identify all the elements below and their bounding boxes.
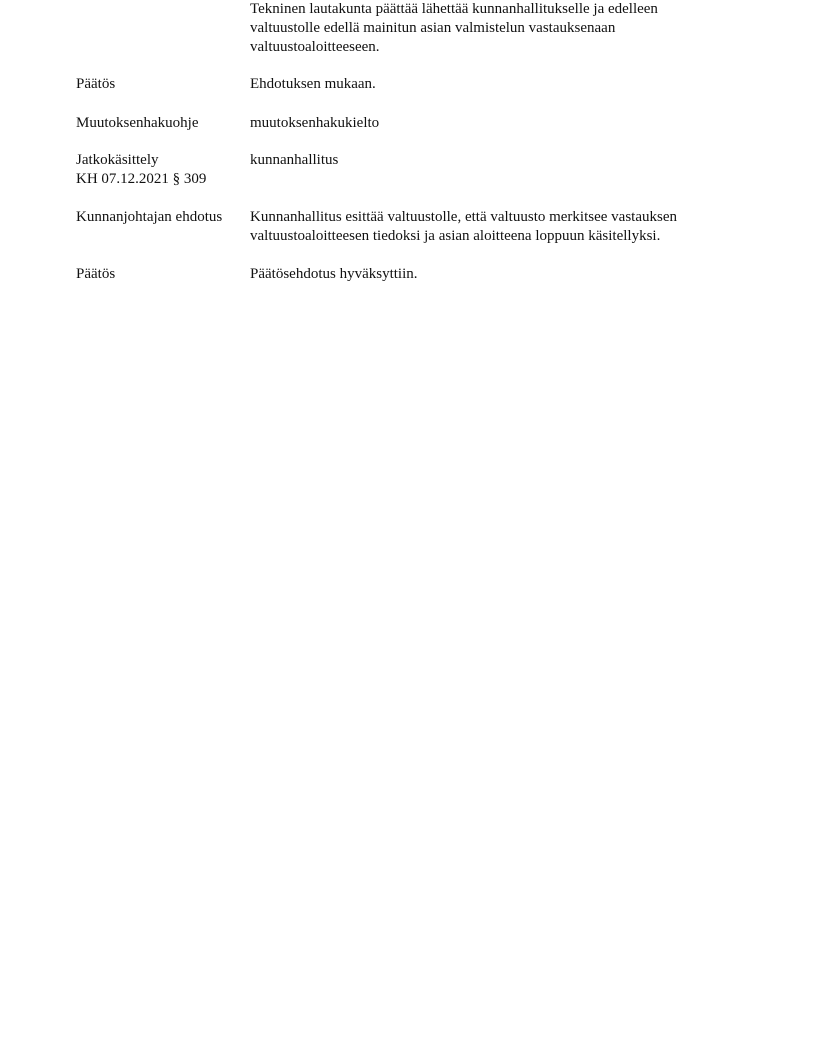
- value-line: Ehdotuksen mukaan.: [250, 75, 736, 94]
- value-line: Päätösehdotus hyväksyttiin.: [250, 265, 736, 284]
- label-line: Päätös: [76, 265, 250, 284]
- row-value: Ehdotuksen mukaan.: [250, 75, 736, 94]
- value-line: muutoksenhakukielto: [250, 114, 736, 133]
- intro-line: valtuustolle edellä mainitun asian valmi…: [250, 19, 730, 38]
- value-line: kunnanhallitus: [250, 151, 736, 170]
- intro-line: Tekninen lautakunta päättää lähettää kun…: [250, 0, 730, 19]
- intro-paragraph: Tekninen lautakunta päättää lähettää kun…: [250, 0, 730, 57]
- row-label: Muutoksenhakuohje: [76, 114, 250, 133]
- row-label: Päätös: [76, 75, 250, 94]
- label-line: Päätös: [76, 75, 250, 94]
- row-label: Jatkokäsittely KH 07.12.2021 § 309: [76, 151, 250, 189]
- label-line: Jatkokäsittely: [76, 151, 250, 170]
- label-line: Kunnanjohtajan ehdotus: [76, 208, 250, 227]
- label-line: KH 07.12.2021 § 309: [76, 170, 250, 189]
- row-label: Kunnanjohtajan ehdotus: [76, 208, 250, 227]
- value-line: valtuustoaloitteesen tiedoksi ja asian a…: [250, 227, 736, 246]
- row-value: muutoksenhakukielto: [250, 114, 736, 133]
- row-value: Päätösehdotus hyväksyttiin.: [250, 265, 736, 284]
- row-label: Päätös: [76, 265, 250, 284]
- intro-line: valtuustoaloitteeseen.: [250, 38, 730, 57]
- row-value: kunnanhallitus: [250, 151, 736, 170]
- document-page: Tekninen lautakunta päättää lähettää kun…: [0, 0, 816, 1056]
- row-value: Kunnanhallitus esittää valtuustolle, ett…: [250, 208, 736, 246]
- value-line: Kunnanhallitus esittää valtuustolle, ett…: [250, 208, 736, 227]
- label-line: Muutoksenhakuohje: [76, 114, 250, 133]
